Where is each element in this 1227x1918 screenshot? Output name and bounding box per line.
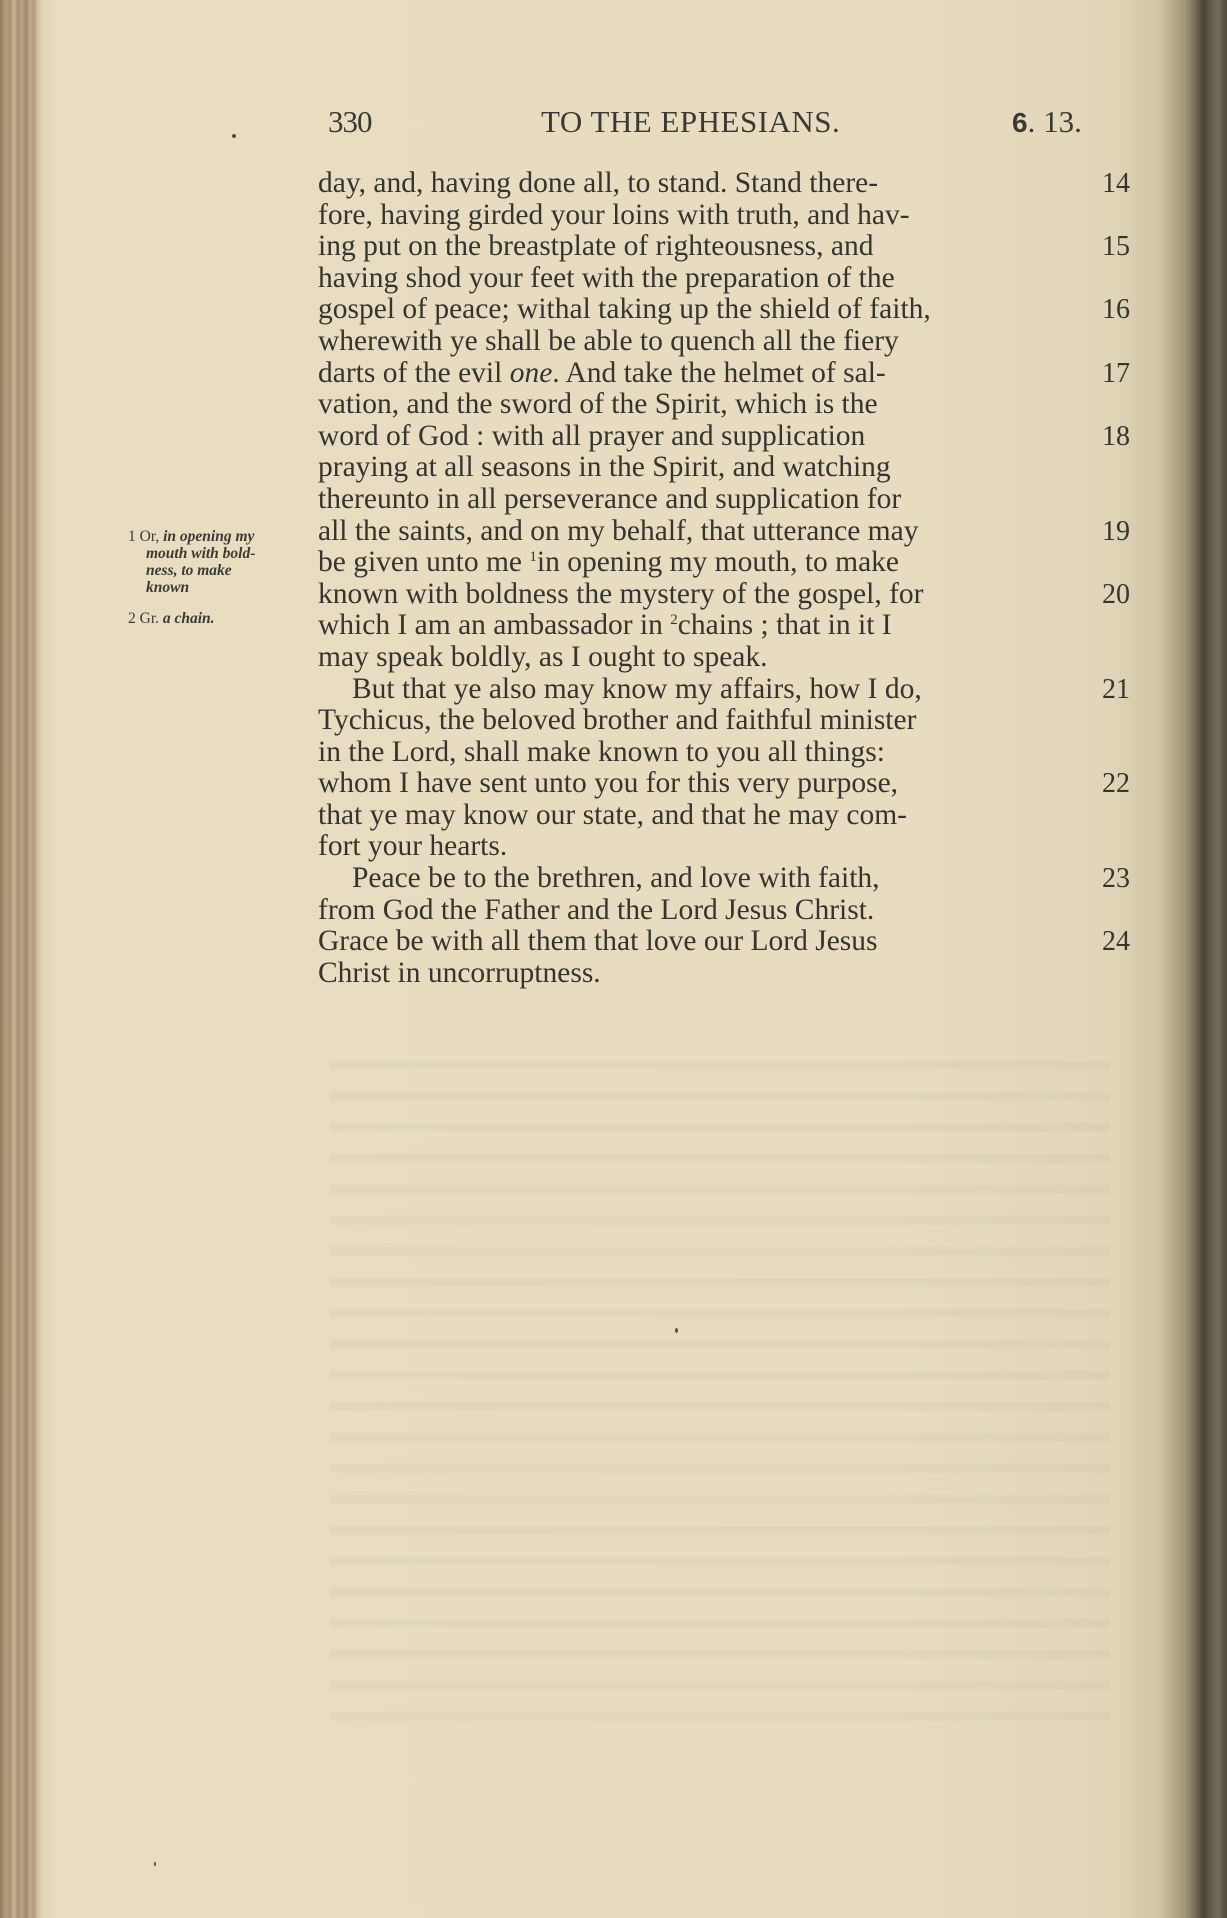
- line-text: thereunto in all perseverance and suppli…: [318, 484, 901, 516]
- footnote-marker: 1: [529, 549, 537, 565]
- line-text: whom I have sent unto you for this very …: [318, 768, 898, 800]
- text-line: fort your hearts.: [318, 831, 1138, 863]
- text-line: thereunto in all perseverance and suppli…: [318, 484, 1138, 516]
- text-line: which I am an ambassador in 2chains ; th…: [318, 610, 1138, 642]
- line-text: from God the Father and the Lord Jesus C…: [318, 895, 874, 927]
- text-line: that ye may know our state, and that he …: [318, 800, 1138, 832]
- verse-number: 21: [1102, 674, 1130, 706]
- verse-start: 13.: [1043, 104, 1082, 139]
- line-text: Christ in uncorruptness.: [318, 958, 601, 990]
- verse-number: 22: [1102, 768, 1130, 800]
- verse-number: 16: [1102, 294, 1130, 326]
- text-line: known with boldness the mystery of the g…: [318, 579, 1138, 611]
- text-line: wherewith ye shall be able to quench all…: [318, 326, 1138, 358]
- verse-number: 17: [1102, 358, 1130, 390]
- text-line: Grace be with all them that love our Lor…: [318, 926, 1138, 958]
- footnote-marker: 2: [670, 612, 678, 628]
- line-text: gospel of peace; withal taking up the sh…: [318, 294, 931, 326]
- margin-note-2: 2 Gr. a chain.: [128, 610, 318, 627]
- running-header: 330 TO THE EPHESIANS. 6. 13.: [328, 104, 1098, 138]
- text-line: darts of the evil one. And take the helm…: [318, 358, 1138, 390]
- line-text: known with boldness the mystery of the g…: [318, 579, 924, 611]
- text-line: gospel of peace; withal taking up the sh…: [318, 294, 1138, 326]
- line-text: that ye may know our state, and that he …: [318, 800, 907, 832]
- verse-number: 19: [1102, 516, 1130, 548]
- text-line: day, and, having done all, to stand. Sta…: [318, 168, 1138, 200]
- line-text: ing put on the breastplate of righteousn…: [318, 231, 873, 263]
- verse-number: 23: [1102, 863, 1130, 895]
- text-line: from God the Father and the Lord Jesus C…: [318, 895, 1138, 927]
- line-text: may speak boldly, as I ought to speak.: [318, 642, 768, 674]
- text-line: may speak boldly, as I ought to speak.: [318, 642, 1138, 674]
- line-text: which I am an ambassador in 2chains ; th…: [318, 610, 892, 642]
- text-line: in the Lord, shall make known to you all…: [318, 737, 1138, 769]
- verse-number: 18: [1102, 421, 1130, 453]
- running-title: TO THE EPHESIANS.: [541, 104, 840, 140]
- text-line: vation, and the sword of the Spirit, whi…: [318, 389, 1138, 421]
- verse-number: 14: [1102, 168, 1130, 200]
- line-text: fort your hearts.: [318, 831, 507, 863]
- ink-speck: [232, 134, 236, 138]
- ink-speck: [154, 1862, 156, 1866]
- text-line: having shod your feet with the preparati…: [318, 263, 1138, 295]
- text-line: praying at all seasons in the Spirit, an…: [318, 452, 1138, 484]
- text-line: Tychicus, the beloved brother and faithf…: [318, 705, 1138, 737]
- line-text: in the Lord, shall make known to you all…: [318, 737, 885, 769]
- margin-notes: 1 Or, in opening my mouth with bold- nes…: [128, 528, 318, 627]
- text-line: fore, having girded your loins with trut…: [318, 200, 1138, 232]
- margin-note-1: 1 Or, in opening my mouth with bold- nes…: [128, 528, 318, 596]
- spine-shadow: [1157, 0, 1227, 1918]
- line-text: praying at all seasons in the Spirit, an…: [318, 452, 891, 484]
- line-text: Peace be to the brethren, and love with …: [318, 863, 880, 895]
- book-page: 330 TO THE EPHESIANS. 6. 13. 1 Or, in op…: [0, 0, 1227, 1918]
- text-line: whom I have sent unto you for this very …: [318, 768, 1138, 800]
- verse-number: 24: [1102, 926, 1130, 958]
- line-text: But that ye also may know my affairs, ho…: [318, 674, 922, 706]
- line-text: wherewith ye shall be able to quench all…: [318, 326, 899, 358]
- line-text: vation, and the sword of the Spirit, whi…: [318, 389, 878, 421]
- verse-number: 15: [1102, 231, 1130, 263]
- line-text: Tychicus, the beloved brother and faithf…: [318, 705, 916, 737]
- chapter-number: 6: [1012, 107, 1028, 138]
- text-line: Peace be to the brethren, and love with …: [318, 863, 1138, 895]
- text-line: Christ in uncorruptness.: [318, 958, 1138, 990]
- text-line: But that ye also may know my affairs, ho…: [318, 674, 1138, 706]
- line-text: all the saints, and on my behalf, that u…: [318, 516, 918, 548]
- page-number: 330: [328, 104, 372, 140]
- text-line: word of God : with all prayer and suppli…: [318, 421, 1138, 453]
- line-text: be given unto me 1in opening my mouth, t…: [318, 547, 899, 579]
- line-text: Grace be with all them that love our Lor…: [318, 926, 878, 958]
- bleed-through-text: [330, 1040, 1110, 1740]
- line-text: darts of the evil one. And take the helm…: [318, 358, 886, 390]
- verse-number: 20: [1102, 579, 1130, 611]
- text-line: all the saints, and on my behalf, that u…: [318, 516, 1138, 548]
- ink-speck: [675, 1328, 678, 1333]
- text-line: be given unto me 1in opening my mouth, t…: [318, 547, 1138, 579]
- line-text: having shod your feet with the preparati…: [318, 263, 895, 295]
- line-text: word of God : with all prayer and suppli…: [318, 421, 865, 453]
- chapter-verse-ref: 6. 13.: [1012, 104, 1082, 140]
- line-text: day, and, having done all, to stand. Sta…: [318, 168, 878, 200]
- text-line: ing put on the breastplate of righteousn…: [318, 231, 1138, 263]
- line-text: fore, having girded your loins with trut…: [318, 200, 910, 232]
- scripture-text: day, and, having done all, to stand. Sta…: [318, 168, 1138, 989]
